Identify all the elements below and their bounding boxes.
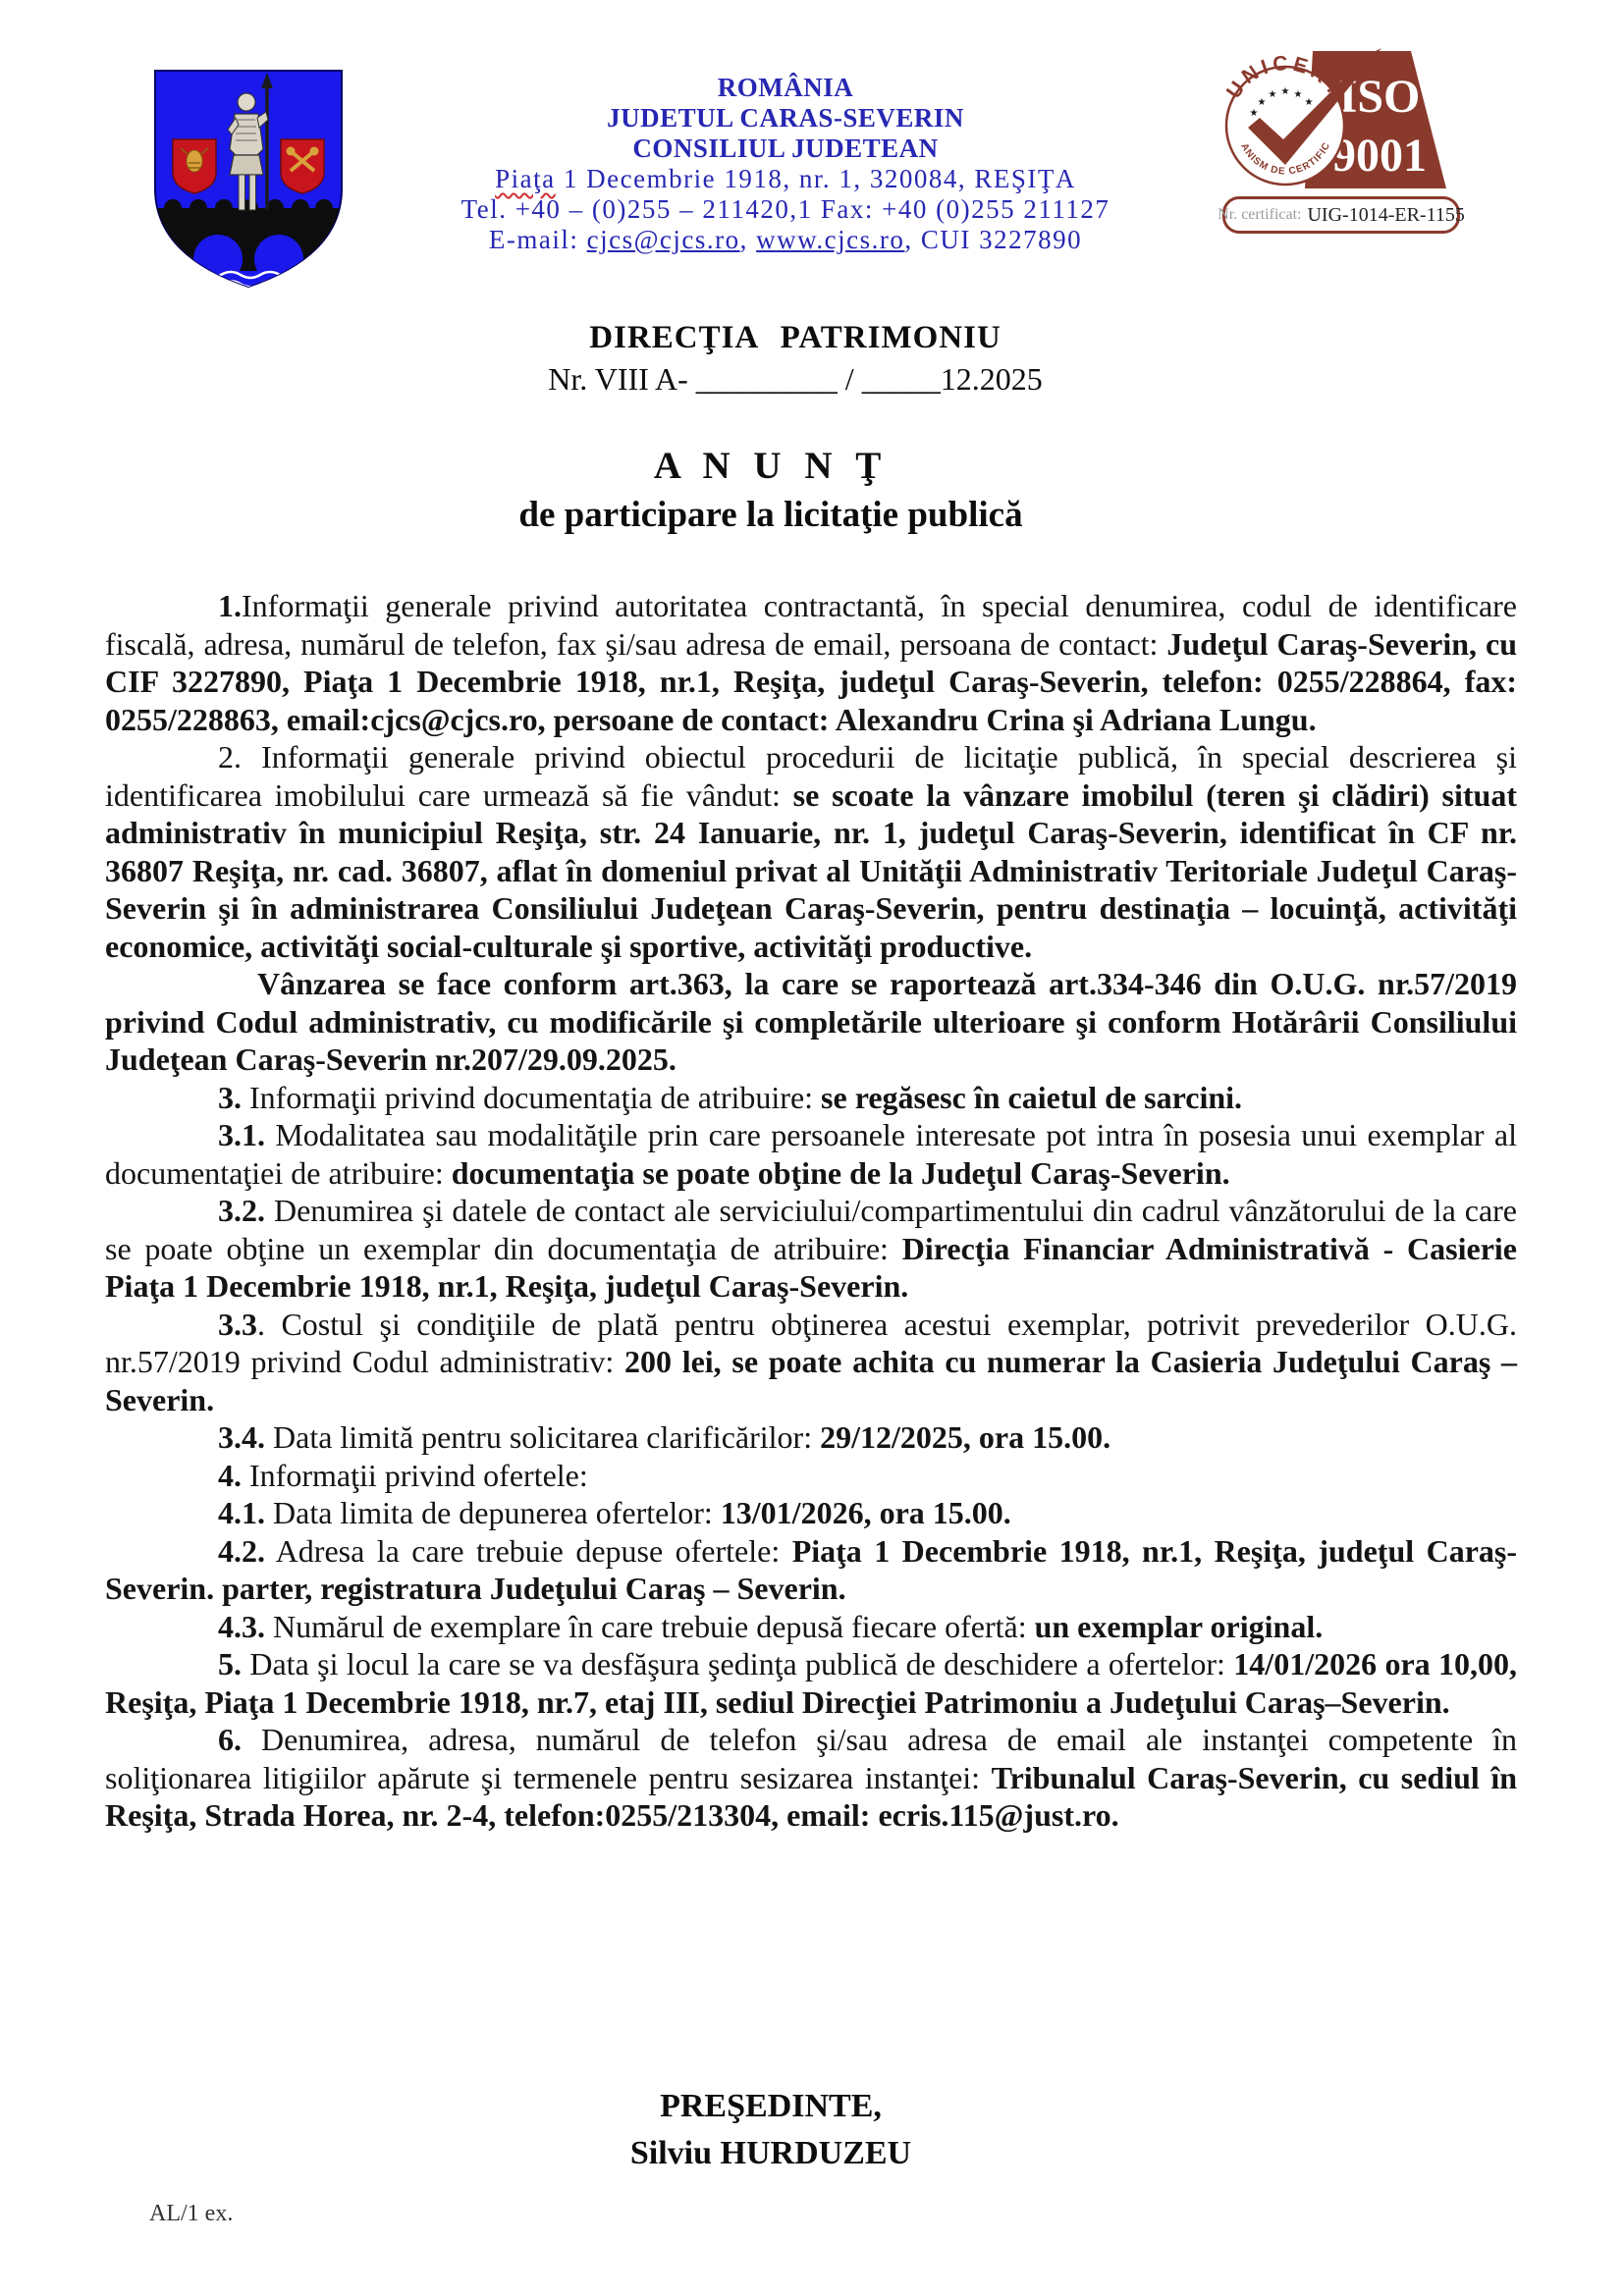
address-rest: 1 Decembrie 1918, nr. 1, 320084, REŞIŢA — [556, 164, 1076, 193]
coat-of-arms-graphic — [147, 65, 350, 293]
paragraph-3: Vânzarea se face conform art.363, la car… — [105, 965, 1517, 1079]
paragraph-6: 3.2. Denumirea şi datele de contact ale … — [105, 1192, 1517, 1306]
iso-certificate-number-box: Nr. certificat: UIG-1014-ER-1155 — [1222, 196, 1460, 234]
email-label: E-mail: — [489, 225, 587, 254]
paragraph-9: 4. Informaţii privind ofertele: — [105, 1457, 1517, 1495]
paragraph-10: 4.1. Data limita de depunerea ofertelor:… — [105, 1494, 1517, 1532]
paragraph-2: 2. Informaţii generale privind obiectul … — [105, 738, 1517, 965]
letterhead-council: CONSILIUL JUDETEAN — [363, 133, 1208, 164]
paragraph-12: 4.3. Numărul de exemplare în care trebui… — [105, 1608, 1517, 1646]
svg-text:9001: 9001 — [1332, 130, 1427, 182]
paragraph-1: 1.Informaţii generale privind autoritate… — [105, 587, 1517, 738]
email-tail: , CUI 3227890 — [904, 225, 1082, 254]
letterhead: ROMÂNIA JUDETUL CARAS-SEVERIN CONSILIUL … — [363, 73, 1208, 255]
letterhead-county: JUDETUL CARAS-SEVERIN — [363, 103, 1208, 133]
svg-text:★: ★ — [1294, 89, 1303, 100]
footer-initials-note: AL/1 ex. — [149, 2201, 233, 2227]
paragraph-14: 6. Denumirea, adresa, numărul de telefon… — [105, 1721, 1517, 1835]
letterhead-country: ROMÂNIA — [363, 73, 1208, 103]
paragraph-5: 3.1. Modalitatea sau modalităţile prin c… — [105, 1116, 1517, 1192]
svg-text:★: ★ — [1269, 89, 1277, 100]
letterhead-phone: Tel. +40 – (0)255 – 211420,1 Fax: +40 (0… — [363, 194, 1208, 225]
paragraph-4: 3. Informaţii privind documentaţia de at… — [105, 1079, 1517, 1117]
iso-logo-graphic: ISO 9001 UNICERT ORGANISM DE CERTIFICARE… — [1222, 45, 1454, 194]
svg-text:★: ★ — [1281, 86, 1290, 97]
paragraph-11: 4.2. Adresa la care trebuie depuse ofert… — [105, 1532, 1517, 1608]
email-link[interactable]: cjcs@cjcs.ro — [587, 225, 740, 254]
announcement-body: 1.Informaţii generale privind autoritate… — [105, 587, 1517, 1835]
paragraph-8: 3.4. Data limită pentru solicitarea clar… — [105, 1418, 1517, 1457]
letterhead-address: Piaţa 1 Decembrie 1918, nr. 1, 320084, R… — [363, 164, 1208, 194]
separator: , — [740, 225, 757, 254]
address-wavy-word: Piaţa — [495, 164, 556, 193]
certificate-number: UIG-1014-ER-1155 — [1307, 204, 1464, 227]
website-link[interactable]: www.cjcs.ro — [756, 225, 904, 254]
certificate-label: Nr. certificat: — [1218, 206, 1301, 224]
signature-block: PREŞEDINTE, Silviu HURDUZEU — [105, 2083, 1436, 2177]
signature-name: Silviu HURDUZEU — [105, 2130, 1436, 2177]
iso-9001-logo: ISO 9001 UNICERT ORGANISM DE CERTIFICARE… — [1222, 45, 1454, 199]
svg-text:★: ★ — [1250, 108, 1259, 119]
registration-number-line: Nr. VIII A- _________ / _____12.2025 — [196, 361, 1394, 398]
document-page: ROMÂNIA JUDETUL CARAS-SEVERIN CONSILIUL … — [0, 0, 1624, 2296]
paragraph-13: 5. Data şi locul la care se va desfăşura… — [105, 1645, 1517, 1721]
department-title: DIRECŢIA PATRIMONIU — [196, 320, 1394, 356]
title-line2: de participare la licitaţie publică — [105, 494, 1436, 536]
svg-text:★: ★ — [1258, 97, 1267, 108]
letterhead-email-line: E-mail: cjcs@cjcs.ro, www.cjcs.ro, CUI 3… — [363, 225, 1208, 255]
caras-severin-coat-of-arms — [147, 65, 350, 293]
paragraph-7: 3.3. Costul şi condiţiile de plată pentr… — [105, 1306, 1517, 1419]
title-line1: A N U N Ţ — [105, 444, 1436, 488]
svg-text:★: ★ — [1305, 97, 1314, 108]
signature-role: PREŞEDINTE, — [105, 2083, 1436, 2130]
announcement-title: A N U N Ţ de participare la licitaţie pu… — [105, 444, 1436, 536]
